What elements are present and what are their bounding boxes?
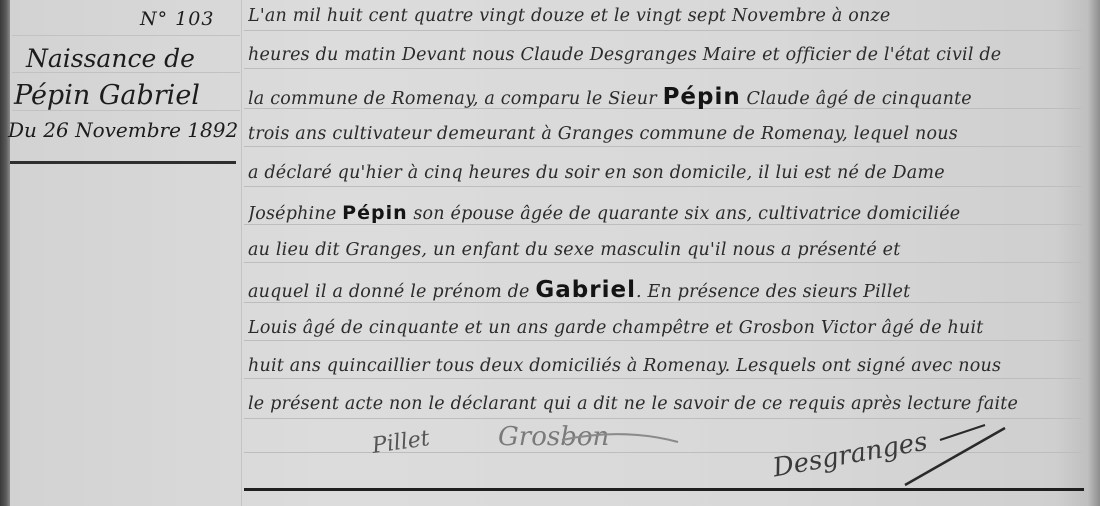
body-line-11: le présent acte non le déclarant qui a d… bbox=[248, 394, 1084, 414]
signature-flourish-icon bbox=[560, 428, 680, 448]
body-line-9: Louis âgé de cinquante et un ans garde c… bbox=[248, 318, 1084, 338]
body-line-1: L'an mil huit cent quatre vingt douze et… bbox=[248, 6, 1084, 26]
body-line-4: trois ans cultivateur demeurant à Grange… bbox=[248, 124, 1084, 144]
margin-title-name: Pépin Gabriel bbox=[14, 80, 200, 111]
ruled-line bbox=[244, 418, 1082, 419]
body-line-5: a déclaré qu'hier à cinq heures du soir … bbox=[248, 163, 1084, 183]
register-page: N° 103 Naissance de Pépin Gabriel Du 26 … bbox=[0, 0, 1100, 506]
entry-end-bar bbox=[244, 488, 1084, 491]
body-text: . En présence des sieurs Pillet bbox=[636, 282, 910, 302]
body-text: son épouse âgée de quarante six ans, cul… bbox=[408, 204, 961, 224]
body-line-10: huit ans quincaillier tous deux domicili… bbox=[248, 356, 1084, 376]
body-text: Joséphine bbox=[248, 204, 342, 224]
signature-flourish-icon bbox=[900, 420, 1010, 490]
surname-pepin: Pépin bbox=[342, 202, 407, 224]
signature-pillet: Pillet bbox=[371, 426, 432, 459]
given-name-gabriel: Gabriel bbox=[535, 277, 636, 303]
ruled-line bbox=[244, 378, 1082, 379]
ruled-line bbox=[244, 146, 1082, 147]
surname-pepin: Pépin bbox=[663, 84, 741, 110]
body-line-6: Joséphine Pépin son épouse âgée de quara… bbox=[248, 202, 1084, 224]
ruled-line bbox=[244, 68, 1082, 69]
binding-edge bbox=[0, 0, 10, 506]
body-line-8: auquel il a donné le prénom de Gabriel. … bbox=[248, 277, 1084, 303]
margin-title-date: Du 26 Novembre 1892 bbox=[8, 118, 238, 142]
body-line-2: heures du matin Devant nous Claude Desgr… bbox=[248, 45, 1084, 65]
page-edge-shadow bbox=[1088, 0, 1100, 506]
ruled-line bbox=[244, 186, 1082, 187]
body-line-7: au lieu dit Granges, un enfant du sexe m… bbox=[248, 240, 1084, 260]
ruled-line bbox=[244, 224, 1082, 225]
ruled-line bbox=[244, 30, 1082, 31]
margin-rule bbox=[12, 35, 240, 36]
ruled-line bbox=[244, 340, 1082, 341]
margin-end-bar bbox=[10, 161, 236, 164]
body-text: auquel il a donné le prénom de bbox=[248, 282, 535, 302]
entry-number: N° 103 bbox=[140, 8, 214, 30]
margin-title-naissance: Naissance de bbox=[26, 44, 195, 73]
body-line-3: la commune de Romenay, a comparu le Sieu… bbox=[248, 84, 1084, 110]
ruled-line bbox=[244, 262, 1082, 263]
margin-separator bbox=[241, 0, 242, 506]
body-text: Claude âgé de cinquante bbox=[741, 89, 972, 109]
body-text: la commune de Romenay, a comparu le Sieu… bbox=[248, 89, 663, 109]
